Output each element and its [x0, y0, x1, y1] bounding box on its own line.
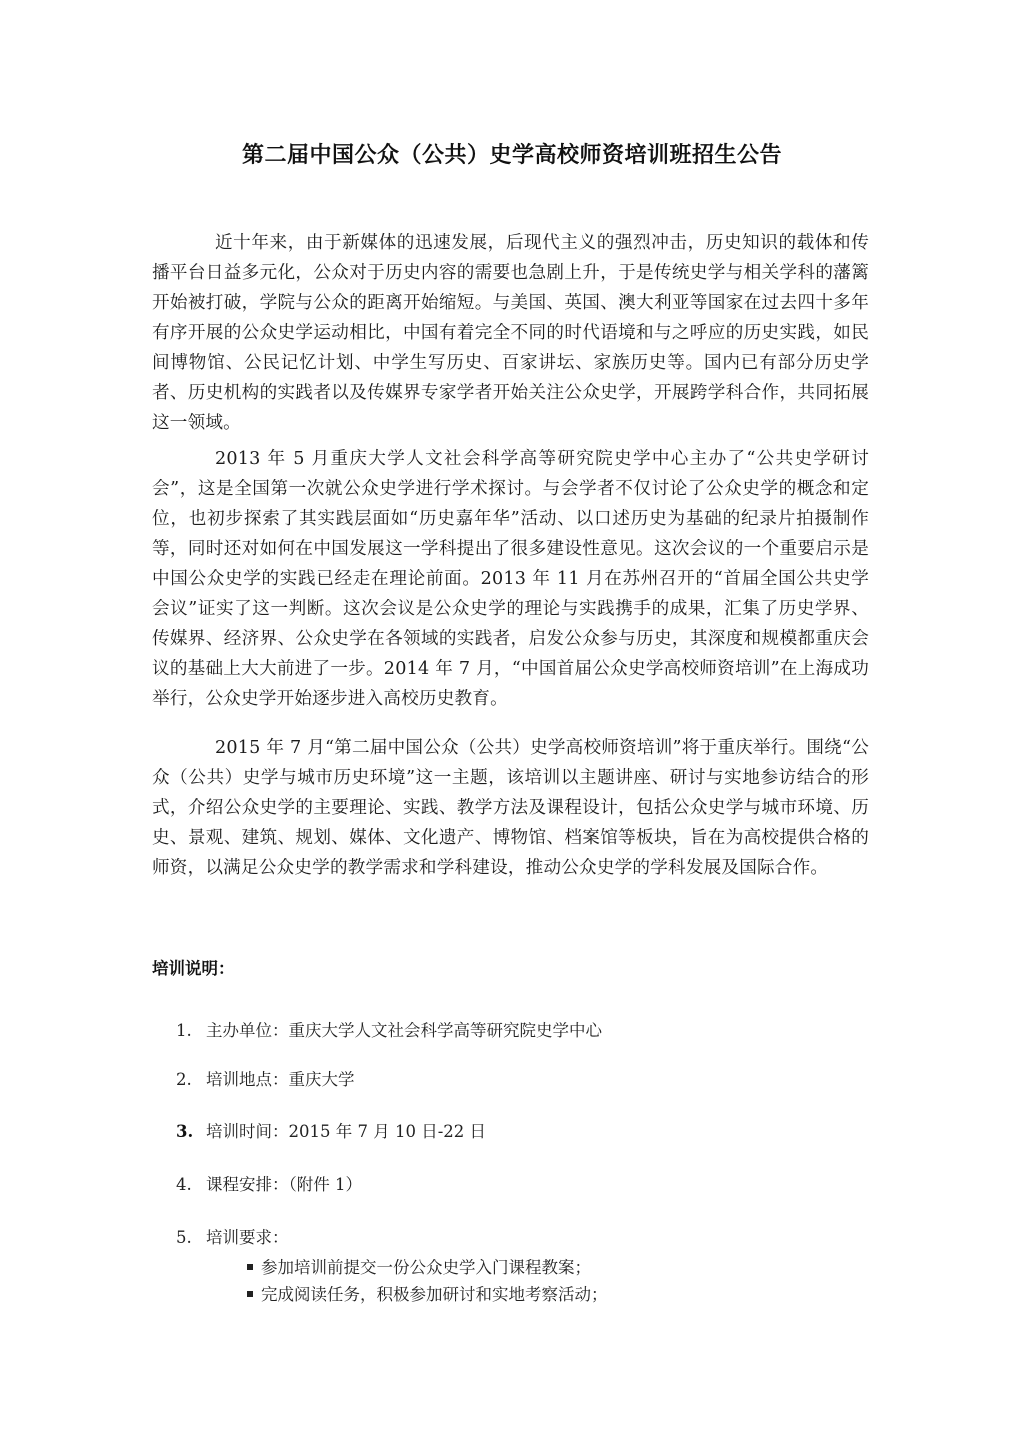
list-text: 主办单位：重庆大学人文社会科学高等研究院史学中心	[206, 1021, 602, 1040]
document-title: 第二届中国公众（公共）史学高校师资培训班招生公告	[0, 138, 1024, 169]
list-text: 培训地点：重庆大学	[206, 1070, 355, 1089]
paragraph-intro: 近十年来，由于新媒体的迅速发展，后现代主义的强烈冲击，历史知识的载体和传播平台日…	[152, 228, 869, 438]
document-page: 第二届中国公众（公共）史学高校师资培训班招生公告 近十年来，由于新媒体的迅速发展…	[0, 0, 1024, 1448]
paragraph-history: 2013 年 5 月重庆大学人文社会科学高等研究院史学中心主办了“公共史学研讨会…	[152, 444, 869, 714]
requirement-text: 参加培训前提交一份公众史学入门课程教案；	[261, 1258, 591, 1277]
section-heading-training-notes: 培训说明：	[152, 955, 235, 979]
list-item-requirements: 5.培训要求：	[176, 1224, 289, 1248]
list-number: 3.	[176, 1122, 206, 1141]
list-item-organizer: 1.主办单位：重庆大学人文社会科学高等研究院史学中心	[176, 1017, 602, 1041]
requirement-item: 完成阅读任务，积极参加研讨和实地考察活动；	[247, 1281, 608, 1305]
list-item-schedule: 4.课程安排：（附件 1）	[176, 1171, 362, 1195]
paragraph-2015-training: 2015 年 7 月“第二届中国公众（公共）史学高校师资培训”将于重庆举行。围绕…	[152, 733, 869, 883]
list-number: 1.	[176, 1021, 206, 1040]
square-bullet-icon	[247, 1291, 253, 1297]
list-item-time: 3.培训时间：2015 年 7 月 10 日-22 日	[176, 1118, 486, 1142]
list-text: 培训要求：	[206, 1228, 289, 1247]
list-text: 课程安排：（附件 1）	[206, 1175, 362, 1194]
list-number: 2.	[176, 1070, 206, 1089]
square-bullet-icon	[247, 1264, 253, 1270]
list-number: 5.	[176, 1228, 206, 1247]
requirement-item: 参加培训前提交一份公众史学入门课程教案；	[247, 1254, 591, 1278]
list-text: 培训时间：2015 年 7 月 10 日-22 日	[206, 1122, 486, 1141]
requirement-text: 完成阅读任务，积极参加研讨和实地考察活动；	[261, 1285, 608, 1304]
list-number: 4.	[176, 1175, 206, 1194]
list-item-location: 2.培训地点：重庆大学	[176, 1066, 355, 1090]
